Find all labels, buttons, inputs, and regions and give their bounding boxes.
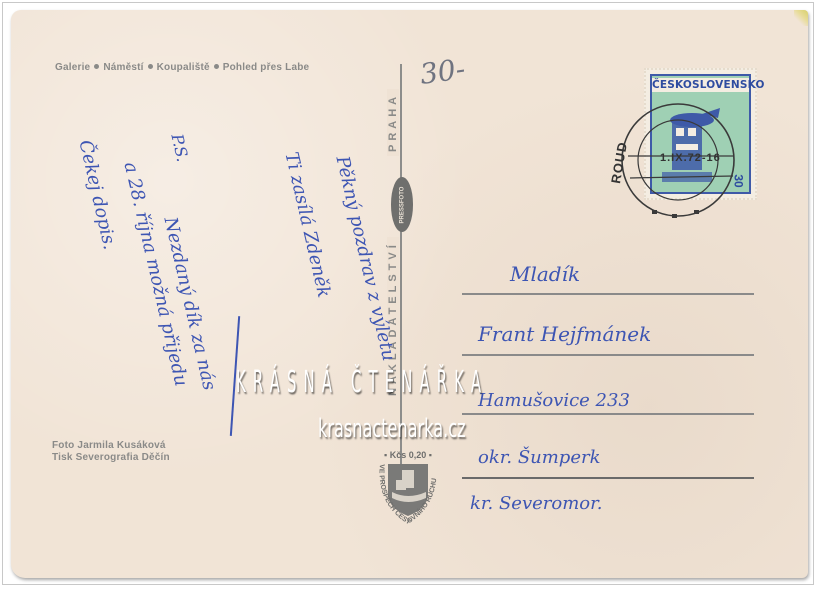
address-rule [462,413,754,415]
svg-text:▪ Kčs 0,20 ▪: ▪ Kčs 0,20 ▪ [384,450,432,460]
watermark-title: KRÁSNÁ ČTENÁŘKA [236,365,488,400]
print-credit: Tisk Severografia Děčín [52,452,170,464]
caption-item: Koupaliště [157,62,210,73]
caption-item: Náměstí [103,62,143,73]
bullet-icon [214,64,219,69]
address-line: kr. Severomor. [470,493,602,514]
address-rule [462,293,754,295]
photo-credit: Foto Jarmila Kusáková [52,440,170,452]
watermark-url: krasnactenarka.cz [318,414,466,444]
stamp-country: ČESKOSLOVENSKO [652,78,749,92]
address-line: Mladík [510,262,580,286]
address-line: Hamušovice 233 [478,390,630,411]
bullet-icon [148,64,153,69]
postmark-date: 1.IX.72-16 [660,152,721,164]
photo-caption: GalerieNáměstíKoupalištěPohled přes Labe [55,62,309,73]
worn-corner [794,10,808,26]
address-line: okr. Šumperk [478,447,601,468]
bullet-icon [94,64,99,69]
address-rule [462,477,754,479]
address-rule [462,354,754,356]
pressfoto-logo: PRESSFOTO [391,177,413,232]
publisher-city: PRAHA [387,89,399,156]
caption-item: Galerie [55,62,90,73]
price-note: 30- [418,52,467,91]
tourism-tax-stamp-icon: ▪ Kčs 0,20 ▪ VE PROSPĚCH CESTOVNÍHO RUCH… [372,448,444,530]
caption-item: Pohled přes Labe [223,62,310,73]
print-credits: Foto Jarmila Kusáková Tisk Severografia … [52,440,170,464]
address-line: Frant Hejfmánek [478,322,651,346]
